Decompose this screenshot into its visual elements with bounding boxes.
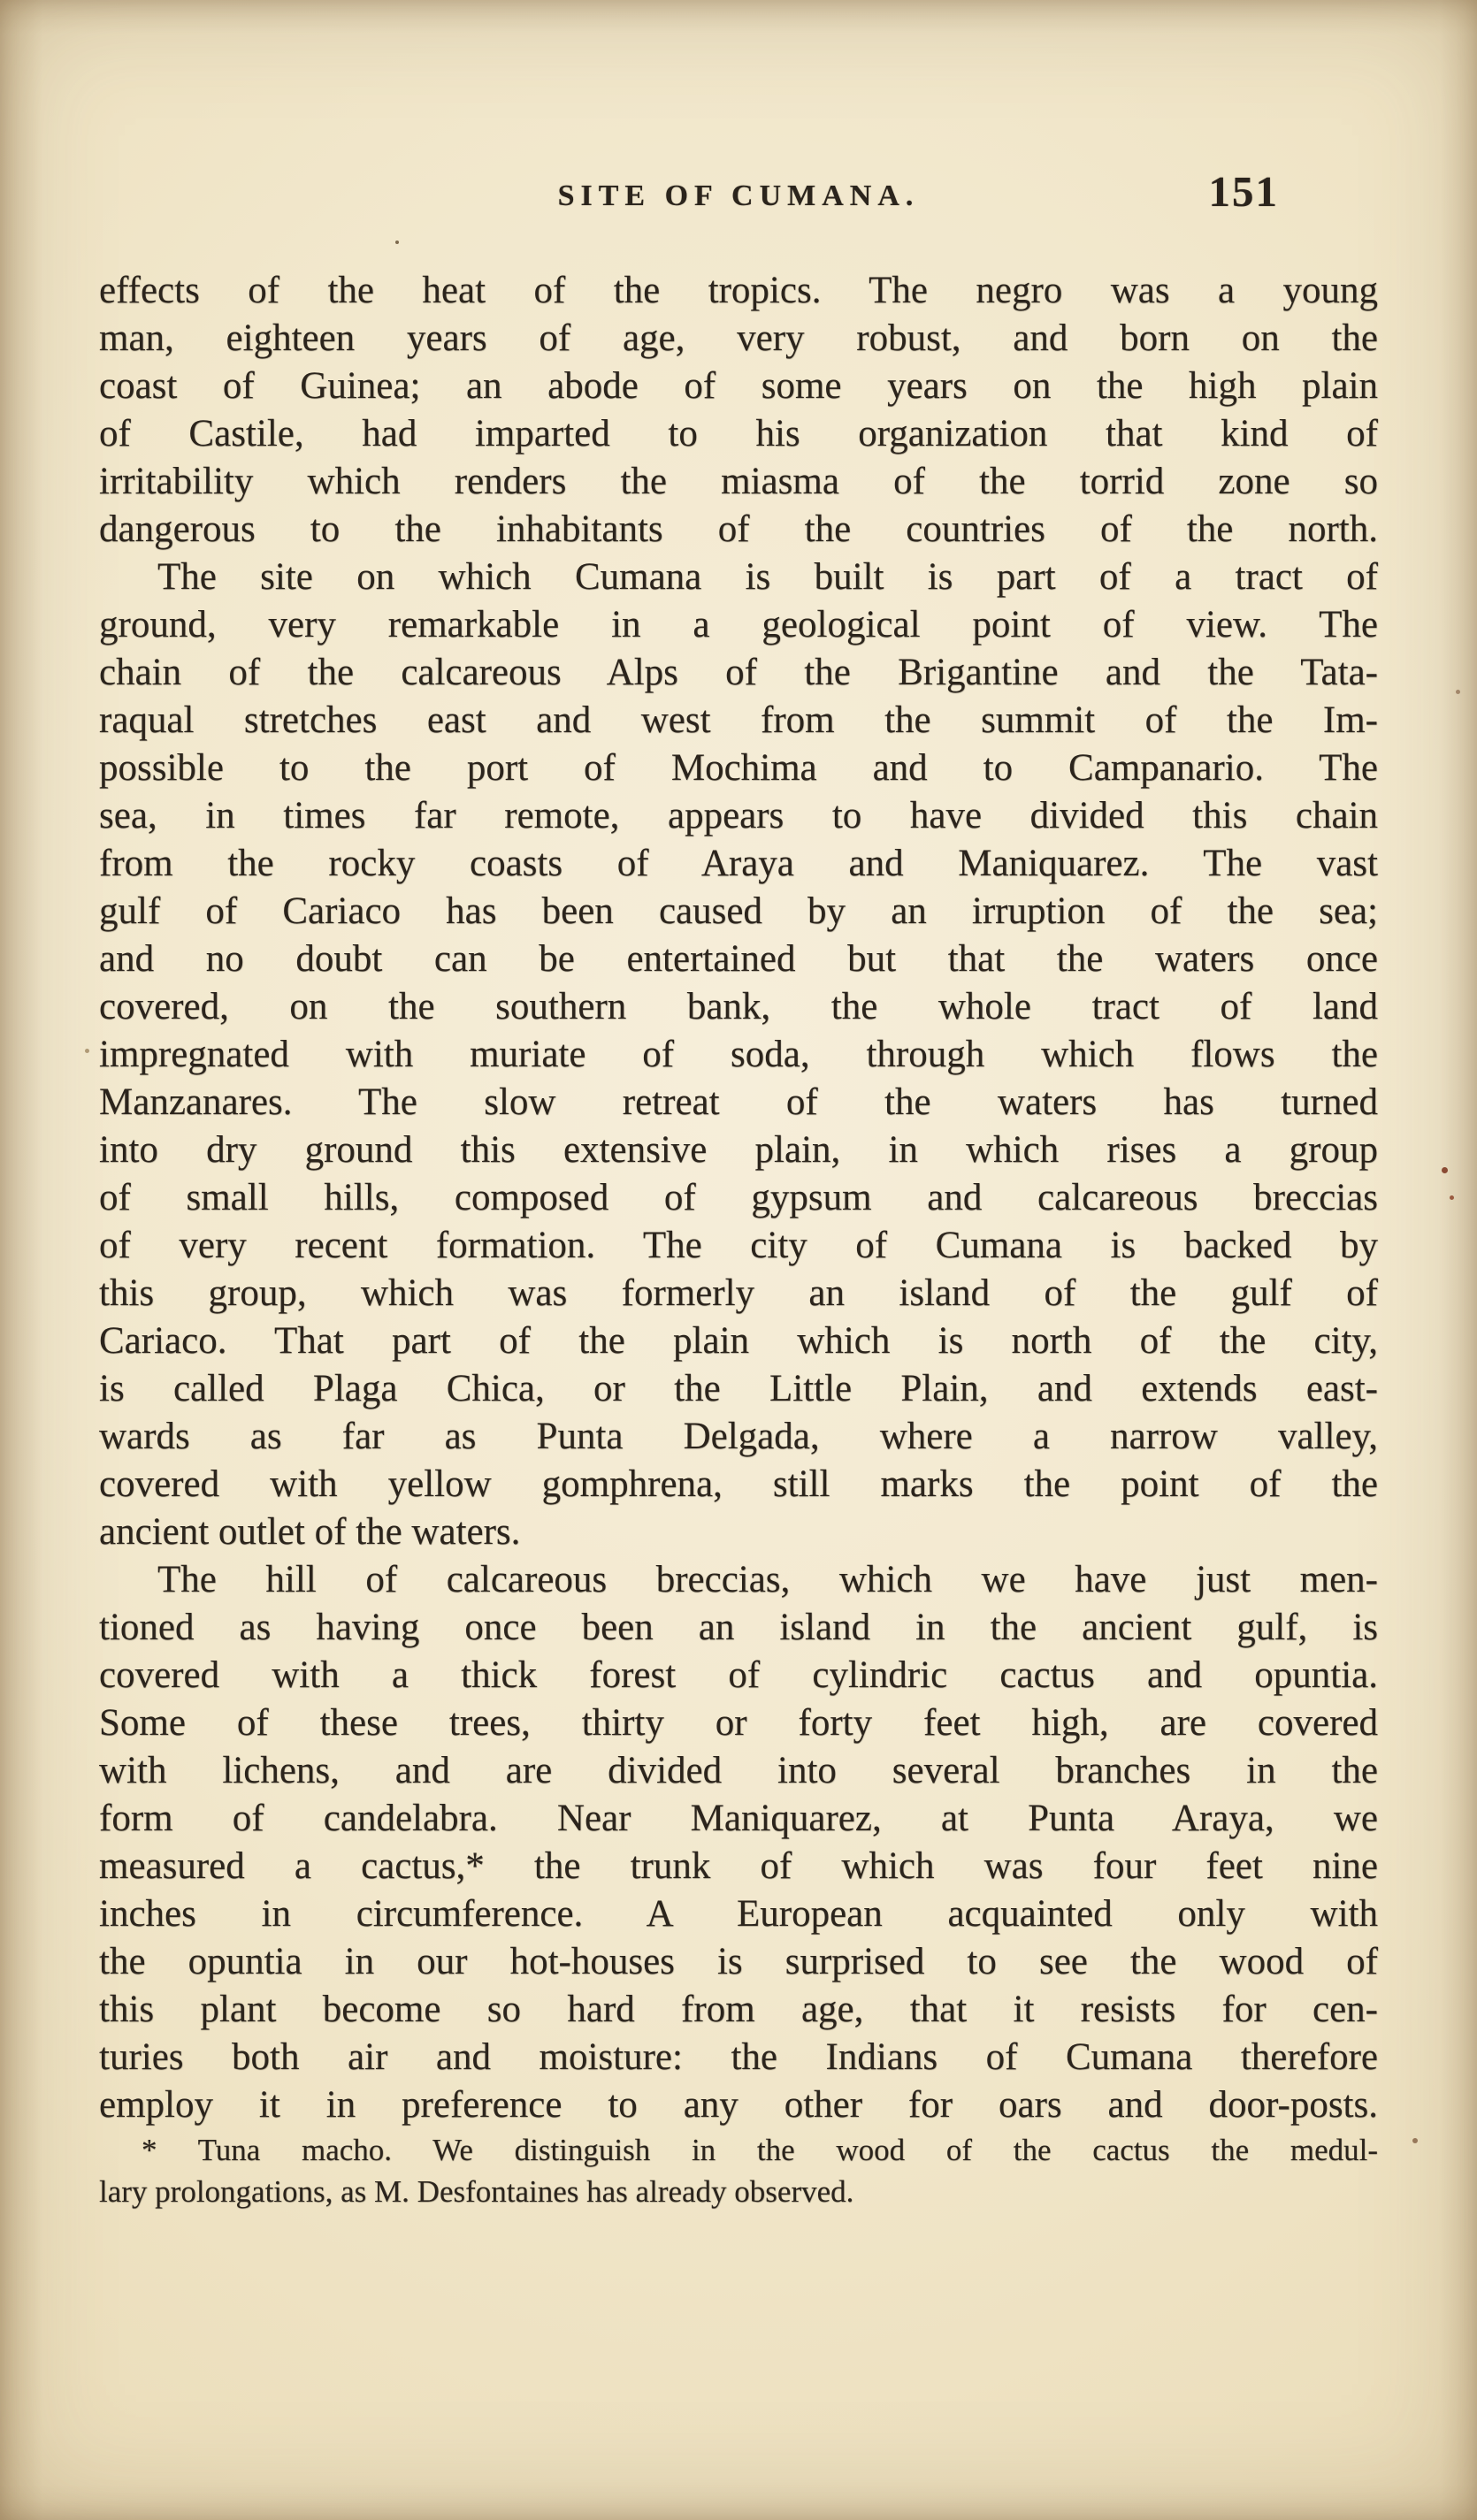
text-line: covered, on the southern bank, the whole…	[99, 983, 1378, 1031]
text-line: of small hills, composed of gypsum and c…	[99, 1174, 1378, 1222]
text-line: ancient outlet of the waters.	[99, 1508, 1378, 1556]
paper-speck	[85, 1049, 89, 1053]
paragraph: effects of the heat of the tropics. The …	[99, 267, 1378, 554]
text-line: with lichens, and are divided into sever…	[99, 1747, 1378, 1795]
text-line: Cariaco. That part of the plain which is…	[99, 1317, 1378, 1365]
text-line: inches in circumference. A European acqu…	[99, 1890, 1378, 1938]
text-line: turies both air and moisture: the Indian…	[99, 2034, 1378, 2081]
text-line: the opuntia in our hot-houses is surpris…	[99, 1938, 1378, 1986]
text-line: The hill of calcareous breccias, which w…	[99, 1556, 1378, 1604]
text-line: this group, which was formerly an island…	[99, 1270, 1378, 1317]
footnote: * Tuna macho. We distinguish in the wood…	[99, 2129, 1378, 2212]
body-text: effects of the heat of the tropics. The …	[99, 267, 1378, 2129]
text-line: covered with yellow gomphrena, still mar…	[99, 1461, 1378, 1508]
text-line: this plant become so hard from age, that…	[99, 1986, 1378, 2034]
text-line: of very recent formation. The city of Cu…	[99, 1222, 1378, 1270]
text-line: form of candelabra. Near Maniquarez, at …	[99, 1795, 1378, 1843]
text-line: covered with a thick forest of cylindric…	[99, 1652, 1378, 1699]
text-line: coast of Guinea; an abode of some years …	[99, 363, 1378, 410]
text-line: tioned as having once been an island in …	[99, 1604, 1378, 1652]
text-line: into dry ground this extensive plain, in…	[99, 1126, 1378, 1174]
book-page: SITE OF CUMANA. 151 effects of the heat …	[0, 0, 1477, 2520]
text-line: lary prolongations, as M. Desfontaines h…	[99, 2171, 1378, 2212]
text-line: Manzanares. The slow retreat of the wate…	[99, 1079, 1378, 1126]
paragraph: The site on which Cumana is built is par…	[99, 554, 1378, 1556]
text-line: Some of these trees, thirty or forty fee…	[99, 1699, 1378, 1747]
paper-speck	[395, 241, 399, 244]
text-line: is called Plaga Chica, or the Little Pla…	[99, 1365, 1378, 1413]
text-line: chain of the calcareous Alps of the Brig…	[99, 649, 1378, 697]
text-line: sea, in times far remote, appears to hav…	[99, 792, 1378, 840]
text-line: from the rocky coasts of Araya and Maniq…	[99, 840, 1378, 888]
text-line: measured a cactus,* the trunk of which w…	[99, 1843, 1378, 1890]
text-line: ground, very remarkable in a geological …	[99, 601, 1378, 649]
text-line: employ it in preference to any other for…	[99, 2081, 1378, 2129]
paper-speck	[1412, 2138, 1418, 2143]
text-line: impregnated with muriate of soda, throug…	[99, 1031, 1378, 1079]
paper-speck	[1450, 1195, 1454, 1200]
page-number: 151	[1209, 166, 1280, 217]
text-line: man, eighteen years of age, very robust,…	[99, 315, 1378, 363]
paper-speck	[1456, 690, 1460, 694]
text-line: possible to the port of Mochima and to C…	[99, 745, 1378, 792]
text-line: The site on which Cumana is built is par…	[99, 554, 1378, 601]
text-line: gulf of Cariaco has been caused by an ir…	[99, 888, 1378, 935]
text-line: wards as far as Punta Delgada, where a n…	[99, 1413, 1378, 1461]
text-line: irritability which renders the miasma of…	[99, 458, 1378, 506]
text-line: * Tuna macho. We distinguish in the wood…	[99, 2129, 1378, 2171]
text-line: dangerous to the inhabitants of the coun…	[99, 506, 1378, 554]
paper-speck	[1442, 1167, 1448, 1173]
text-line: effects of the heat of the tropics. The …	[99, 267, 1378, 315]
paragraph: The hill of calcareous breccias, which w…	[99, 1556, 1378, 2129]
text-line: of Castile, had imparted to his organiza…	[99, 410, 1378, 458]
text-line: and no doubt can be entertained but that…	[99, 935, 1378, 983]
text-line: raqual stretches east and west from the …	[99, 697, 1378, 745]
